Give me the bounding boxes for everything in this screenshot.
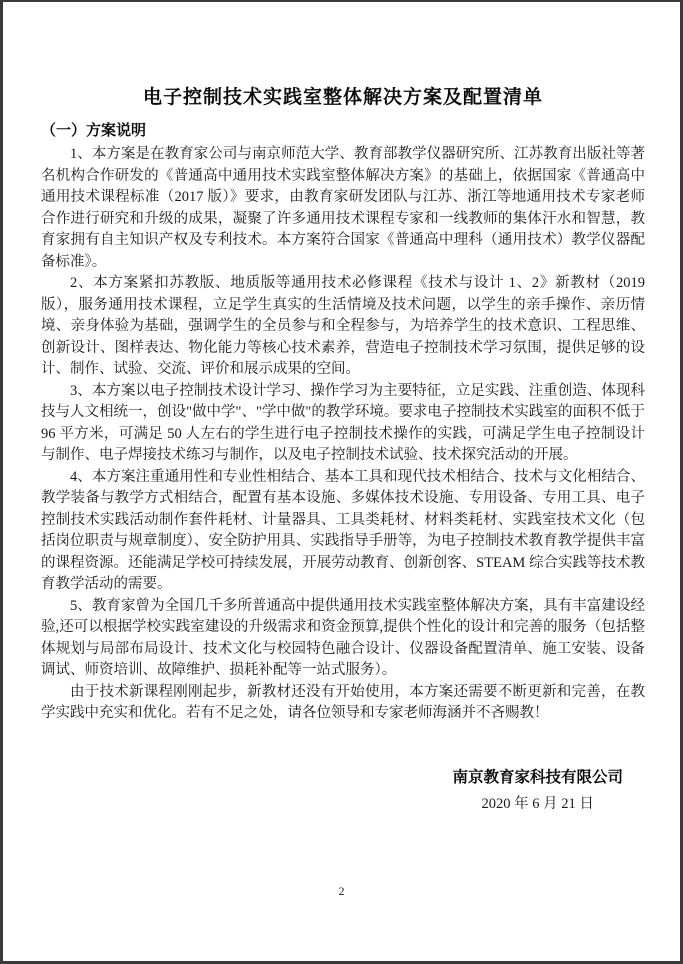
page-number: 2 xyxy=(3,884,680,899)
signature-inner: 南京教育家科技有限公司 2020 年 6 月 21 日 xyxy=(452,767,623,814)
paragraph-3: 3、本方案以电子控制技术设计学习、操作学习为主要特征，立足实践、注重创造、体现科… xyxy=(41,381,645,467)
closing-paragraph: 由于技术新课程刚刚起步，新教材还没有开始使用，本方案还需要不断更新和完善，在教学… xyxy=(41,682,645,725)
document-body: 1、本方案是在教育家公司与南京师范大学、教育部教学仪器研究所、江苏教育出版社等著… xyxy=(41,144,645,725)
section-heading-plan-description: （一）方案说明 xyxy=(41,120,645,141)
paragraph-2: 2、本方案紧扣苏教版、地质版等通用技术必修课程《技术与设计 1、2》新教材（20… xyxy=(41,273,645,381)
company-name: 南京教育家科技有限公司 xyxy=(452,767,623,789)
paragraph-1: 1、本方案是在教育家公司与南京师范大学、教育部教学仪器研究所、江苏教育出版社等著… xyxy=(41,144,645,273)
paragraph-5: 5、教育家曾为全国几千多所普通高中提供通用技术实践室整体解决方案，具有丰富建设经… xyxy=(41,596,645,682)
document-title: 电子控制技术实践室整体解决方案及配置清单 xyxy=(41,2,645,111)
signature-date: 2020 年 6 月 21 日 xyxy=(452,794,623,814)
document-page: 电子控制技术实践室整体解决方案及配置清单 （一）方案说明 1、本方案是在教育家公… xyxy=(0,0,683,964)
signature-block: 南京教育家科技有限公司 2020 年 6 月 21 日 xyxy=(41,767,645,814)
paragraph-4: 4、本方案注重通用性和专业性相结合、基本工具和现代技术相结合、技术与文化相结合、… xyxy=(41,467,645,596)
